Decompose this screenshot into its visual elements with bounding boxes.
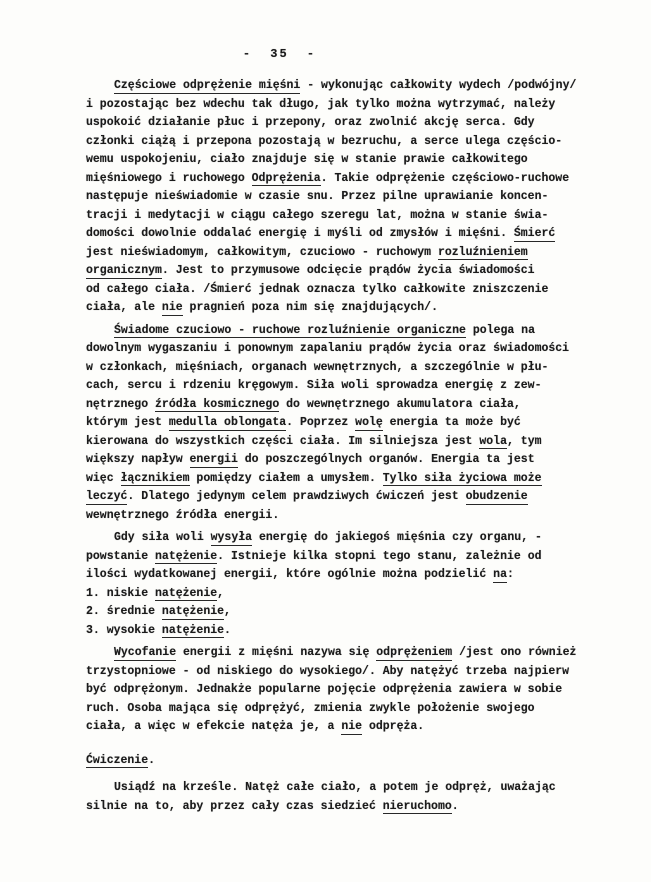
- text-line: którym jest medulla oblongata. Poprzez w…: [86, 414, 596, 433]
- text-segment: ,: [224, 605, 231, 618]
- text-segment: mięśniowego i ruchowego: [86, 172, 252, 185]
- underlined-text: wysyła: [211, 531, 252, 546]
- text-segment: . Poprzez: [286, 416, 355, 429]
- underlined-text: natężenie: [155, 550, 217, 565]
- text-line: 1. niskie natężenie,: [86, 585, 596, 604]
- text-line: mięśniowego i ruchowego Odprężenia. Taki…: [86, 170, 596, 189]
- underlined-text: natężenie: [162, 624, 224, 639]
- text-line: dowolnym wygaszaniu i ponownym zapalaniu…: [86, 340, 596, 359]
- underlined-text: rozluźnieniem: [438, 246, 528, 261]
- text-segment: większy napływ: [86, 453, 190, 466]
- text-segment: - wykonując całkowity wydech /podwójny/: [300, 79, 576, 92]
- text-segment: tracji i medytacji w ciągu całego szereg…: [86, 209, 548, 222]
- text-segment: którym jest: [86, 416, 169, 429]
- underlined-text: obudzenie: [466, 490, 528, 505]
- text-segment: wemu uspokojeniu, ciało znajduje się w s…: [86, 153, 528, 166]
- text-line: trzystopniowe - od niskiego do wysokiego…: [86, 663, 596, 682]
- underlined-text: nie: [341, 720, 362, 735]
- text-segment: 3. wysokie: [86, 624, 162, 637]
- text-segment: Usiądź na krześle. Natęż całe ciało, a p…: [114, 781, 556, 794]
- text-segment: ciała, a więc w efekcie natęża je, a: [86, 720, 341, 733]
- text-segment: ilości wydatkowanej energii, które ogóln…: [86, 568, 493, 581]
- underlined-text: wolę: [355, 416, 383, 431]
- text-segment: do poszczególnych organów. Energia ta je…: [238, 453, 535, 466]
- text-line: być odprężonym. Jednakże popularne pojęc…: [86, 681, 596, 700]
- section-heading: Ćwiczenie.: [86, 752, 596, 771]
- text-line: kierowana do wszystkich części ciała. Im…: [86, 433, 596, 452]
- text-segment: w członkach, mięśniach, organach wewnętr…: [86, 361, 548, 374]
- text-line: Wycofanie energii z mięśni nazywa się od…: [86, 644, 596, 663]
- text-segment: /jest ono również: [452, 646, 576, 659]
- text-segment: energia ta może być: [383, 416, 521, 429]
- text-line: Gdy siła woli wysyła energię do jakiegoś…: [86, 529, 596, 548]
- text-segment: . Jest to przymusowe odcięcie prądów życ…: [162, 264, 535, 277]
- text-line: ruch. Osoba mająca się odprężyć, zmienia…: [86, 700, 596, 719]
- text-line: cach, sercu i rdzeniu kręgowym. Siła wol…: [86, 377, 596, 396]
- text-line: ilości wydatkowanej energii, które ogóln…: [86, 566, 596, 585]
- text-line: leczyć. Dlatego jedynym celem prawdziwyc…: [86, 488, 596, 507]
- text-segment: 2. średnie: [86, 605, 162, 618]
- document-page: - 35 - Częściowe odprężenie mięśni - wyk…: [0, 0, 651, 882]
- underlined-text: Tylko siła życiowa może: [383, 472, 542, 487]
- text-line: wewnętrznego źródła energii.: [86, 507, 596, 526]
- text-body: Częściowe odprężenie mięśni - wykonując …: [86, 77, 596, 816]
- text-segment: trzystopniowe - od niskiego do wysokiego…: [86, 665, 569, 678]
- text-line: członki ciążą i przepona pozostają w bez…: [86, 133, 596, 152]
- paragraph: Usiądź na krześle. Natęż całe ciało, a p…: [86, 779, 596, 816]
- underlined-text: Częściowe odprężenie mięśni: [114, 79, 300, 94]
- text-line: więc łącznikiem pomiędzy ciałem a umysłe…: [86, 470, 596, 489]
- text-segment: :: [507, 568, 514, 581]
- underlined-text: Ćwiczenie: [86, 754, 148, 769]
- text-segment: , tym: [507, 435, 542, 448]
- text-segment: odpręża.: [362, 720, 424, 733]
- text-segment: . Takie odprężenie częściowo-ruchowe: [321, 172, 569, 185]
- underlined-text: natężenie: [162, 605, 224, 620]
- text-segment: 1. niskie: [86, 587, 155, 600]
- text-segment: .: [224, 624, 231, 637]
- underlined-text: Śmierć: [514, 227, 555, 242]
- text-segment: członki ciążą i przepona pozostają w bez…: [86, 135, 562, 148]
- text-segment: silnie na to, aby przez cały czas siedzi…: [86, 800, 383, 813]
- text-segment: ,: [217, 587, 224, 600]
- text-segment: nętrznego: [86, 398, 155, 411]
- text-segment: Gdy siła woli: [114, 531, 211, 544]
- text-segment: od całego ciała. /Śmierć jednak oznacza …: [86, 283, 548, 296]
- text-segment: pragnień poza nim się znajdujących/.: [183, 301, 438, 314]
- text-segment: cach, sercu i rdzeniu kręgowym. Siła wol…: [86, 379, 541, 392]
- text-segment: dowolnym wygaszaniu i ponownym zapalaniu…: [86, 342, 569, 355]
- paragraph: Gdy siła woli wysyła energię do jakiegoś…: [86, 529, 596, 640]
- text-line: wemu uspokojeniu, ciało znajduje się w s…: [86, 151, 596, 170]
- underlined-text: nieruchomo: [383, 800, 452, 815]
- text-line: domości dowolnie oddalać energię i myśli…: [86, 225, 596, 244]
- text-segment: .: [148, 754, 155, 767]
- text-line: w członkach, mięśniach, organach wewnętr…: [86, 359, 596, 378]
- text-segment: kierowana do wszystkich części ciała. Im…: [86, 435, 479, 448]
- text-line: 3. wysokie natężenie.: [86, 622, 596, 641]
- text-segment: następuje nieświadomie w czasie snu. Prz…: [86, 190, 548, 203]
- text-line: tracji i medytacji w ciągu całego szereg…: [86, 207, 596, 226]
- underlined-text: natężenie: [155, 587, 217, 602]
- paragraph: Świadome czuciowo - ruchowe rozluźnienie…: [86, 322, 596, 526]
- text-line: 2. średnie natężenie,: [86, 603, 596, 622]
- page-number: - 35 -: [0, 47, 559, 61]
- text-line: nętrznego źródła kosmicznego do wewnętrz…: [86, 396, 596, 415]
- underlined-text: Odprężenia: [252, 172, 321, 187]
- text-segment: i pozostając bez wdechu tak długo, jak t…: [86, 98, 555, 111]
- underlined-text: medulla oblongata: [169, 416, 286, 431]
- text-segment: ruch. Osoba mająca się odprężyć, zmienia…: [86, 702, 535, 715]
- text-line: Usiądź na krześle. Natęż całe ciało, a p…: [86, 779, 596, 798]
- text-segment: energii z mięśni nazywa się: [176, 646, 376, 659]
- underlined-text: organicznym: [86, 264, 162, 279]
- text-segment: powstanie: [86, 550, 155, 563]
- text-line: i pozostając bez wdechu tak długo, jak t…: [86, 96, 596, 115]
- underlined-text: wola: [479, 435, 507, 450]
- paragraph: Częściowe odprężenie mięśni - wykonując …: [86, 77, 596, 318]
- text-segment: do wewnętrznego akumulatora ciała,: [279, 398, 521, 411]
- underlined-text: źródła kosmicznego: [155, 398, 279, 413]
- text-segment: .: [452, 800, 459, 813]
- text-segment: więc: [86, 472, 121, 485]
- underlined-text: Wycofanie: [114, 646, 176, 661]
- text-line: organicznym. Jest to przymusowe odcięcie…: [86, 262, 596, 281]
- underlined-text: leczyć: [86, 490, 127, 505]
- text-line: Świadome czuciowo - ruchowe rozluźnienie…: [86, 322, 596, 341]
- text-segment: domości dowolnie oddalać energię i myśli…: [86, 227, 514, 240]
- text-segment: polega na: [466, 324, 535, 337]
- text-segment: jest nieświadomym, całkowitym, czuciowo …: [86, 246, 438, 259]
- underlined-text: nie: [162, 301, 183, 316]
- text-line: ciała, a więc w efekcie natęża je, a nie…: [86, 718, 596, 737]
- text-line: następuje nieświadomie w czasie snu. Prz…: [86, 188, 596, 207]
- text-segment: uspokoić działanie płuc i przepony, oraz…: [86, 116, 535, 129]
- text-line: ciała, ale nie pragnień poza nim się zna…: [86, 299, 596, 318]
- text-segment: . Istnieje kilka stopni tego stanu, zale…: [217, 550, 541, 563]
- underlined-text: łącznikiem: [121, 472, 190, 487]
- text-segment: wewnętrznego źródła energii.: [86, 509, 279, 522]
- underlined-text: na: [493, 568, 507, 583]
- text-segment: być odprężonym. Jednakże popularne pojęc…: [86, 683, 562, 696]
- underlined-text: energii: [190, 453, 238, 468]
- text-line: od całego ciała. /Śmierć jednak oznacza …: [86, 281, 596, 300]
- text-segment: pomiędzy ciałem a umysłem.: [190, 472, 383, 485]
- underlined-text: Świadome czuciowo - ruchowe rozluźnienie…: [114, 324, 466, 339]
- text-line: jest nieświadomym, całkowitym, czuciowo …: [86, 244, 596, 263]
- paragraph: Wycofanie energii z mięśni nazywa się od…: [86, 644, 596, 737]
- text-line: powstanie natężenie. Istnieje kilka stop…: [86, 548, 596, 567]
- text-line: silnie na to, aby przez cały czas siedzi…: [86, 798, 596, 817]
- text-line: uspokoić działanie płuc i przepony, oraz…: [86, 114, 596, 133]
- text-line: większy napływ energii do poszczególnych…: [86, 451, 596, 470]
- text-line: Ćwiczenie.: [86, 752, 596, 771]
- text-segment: energię do jakiegoś mięśnia czy organu, …: [252, 531, 542, 544]
- text-segment: . Dlatego jedynym celem prawdziwych ćwic…: [127, 490, 465, 503]
- underlined-text: odprężeniem: [376, 646, 452, 661]
- text-segment: ciała, ale: [86, 301, 162, 314]
- text-line: Częściowe odprężenie mięśni - wykonując …: [86, 77, 596, 96]
